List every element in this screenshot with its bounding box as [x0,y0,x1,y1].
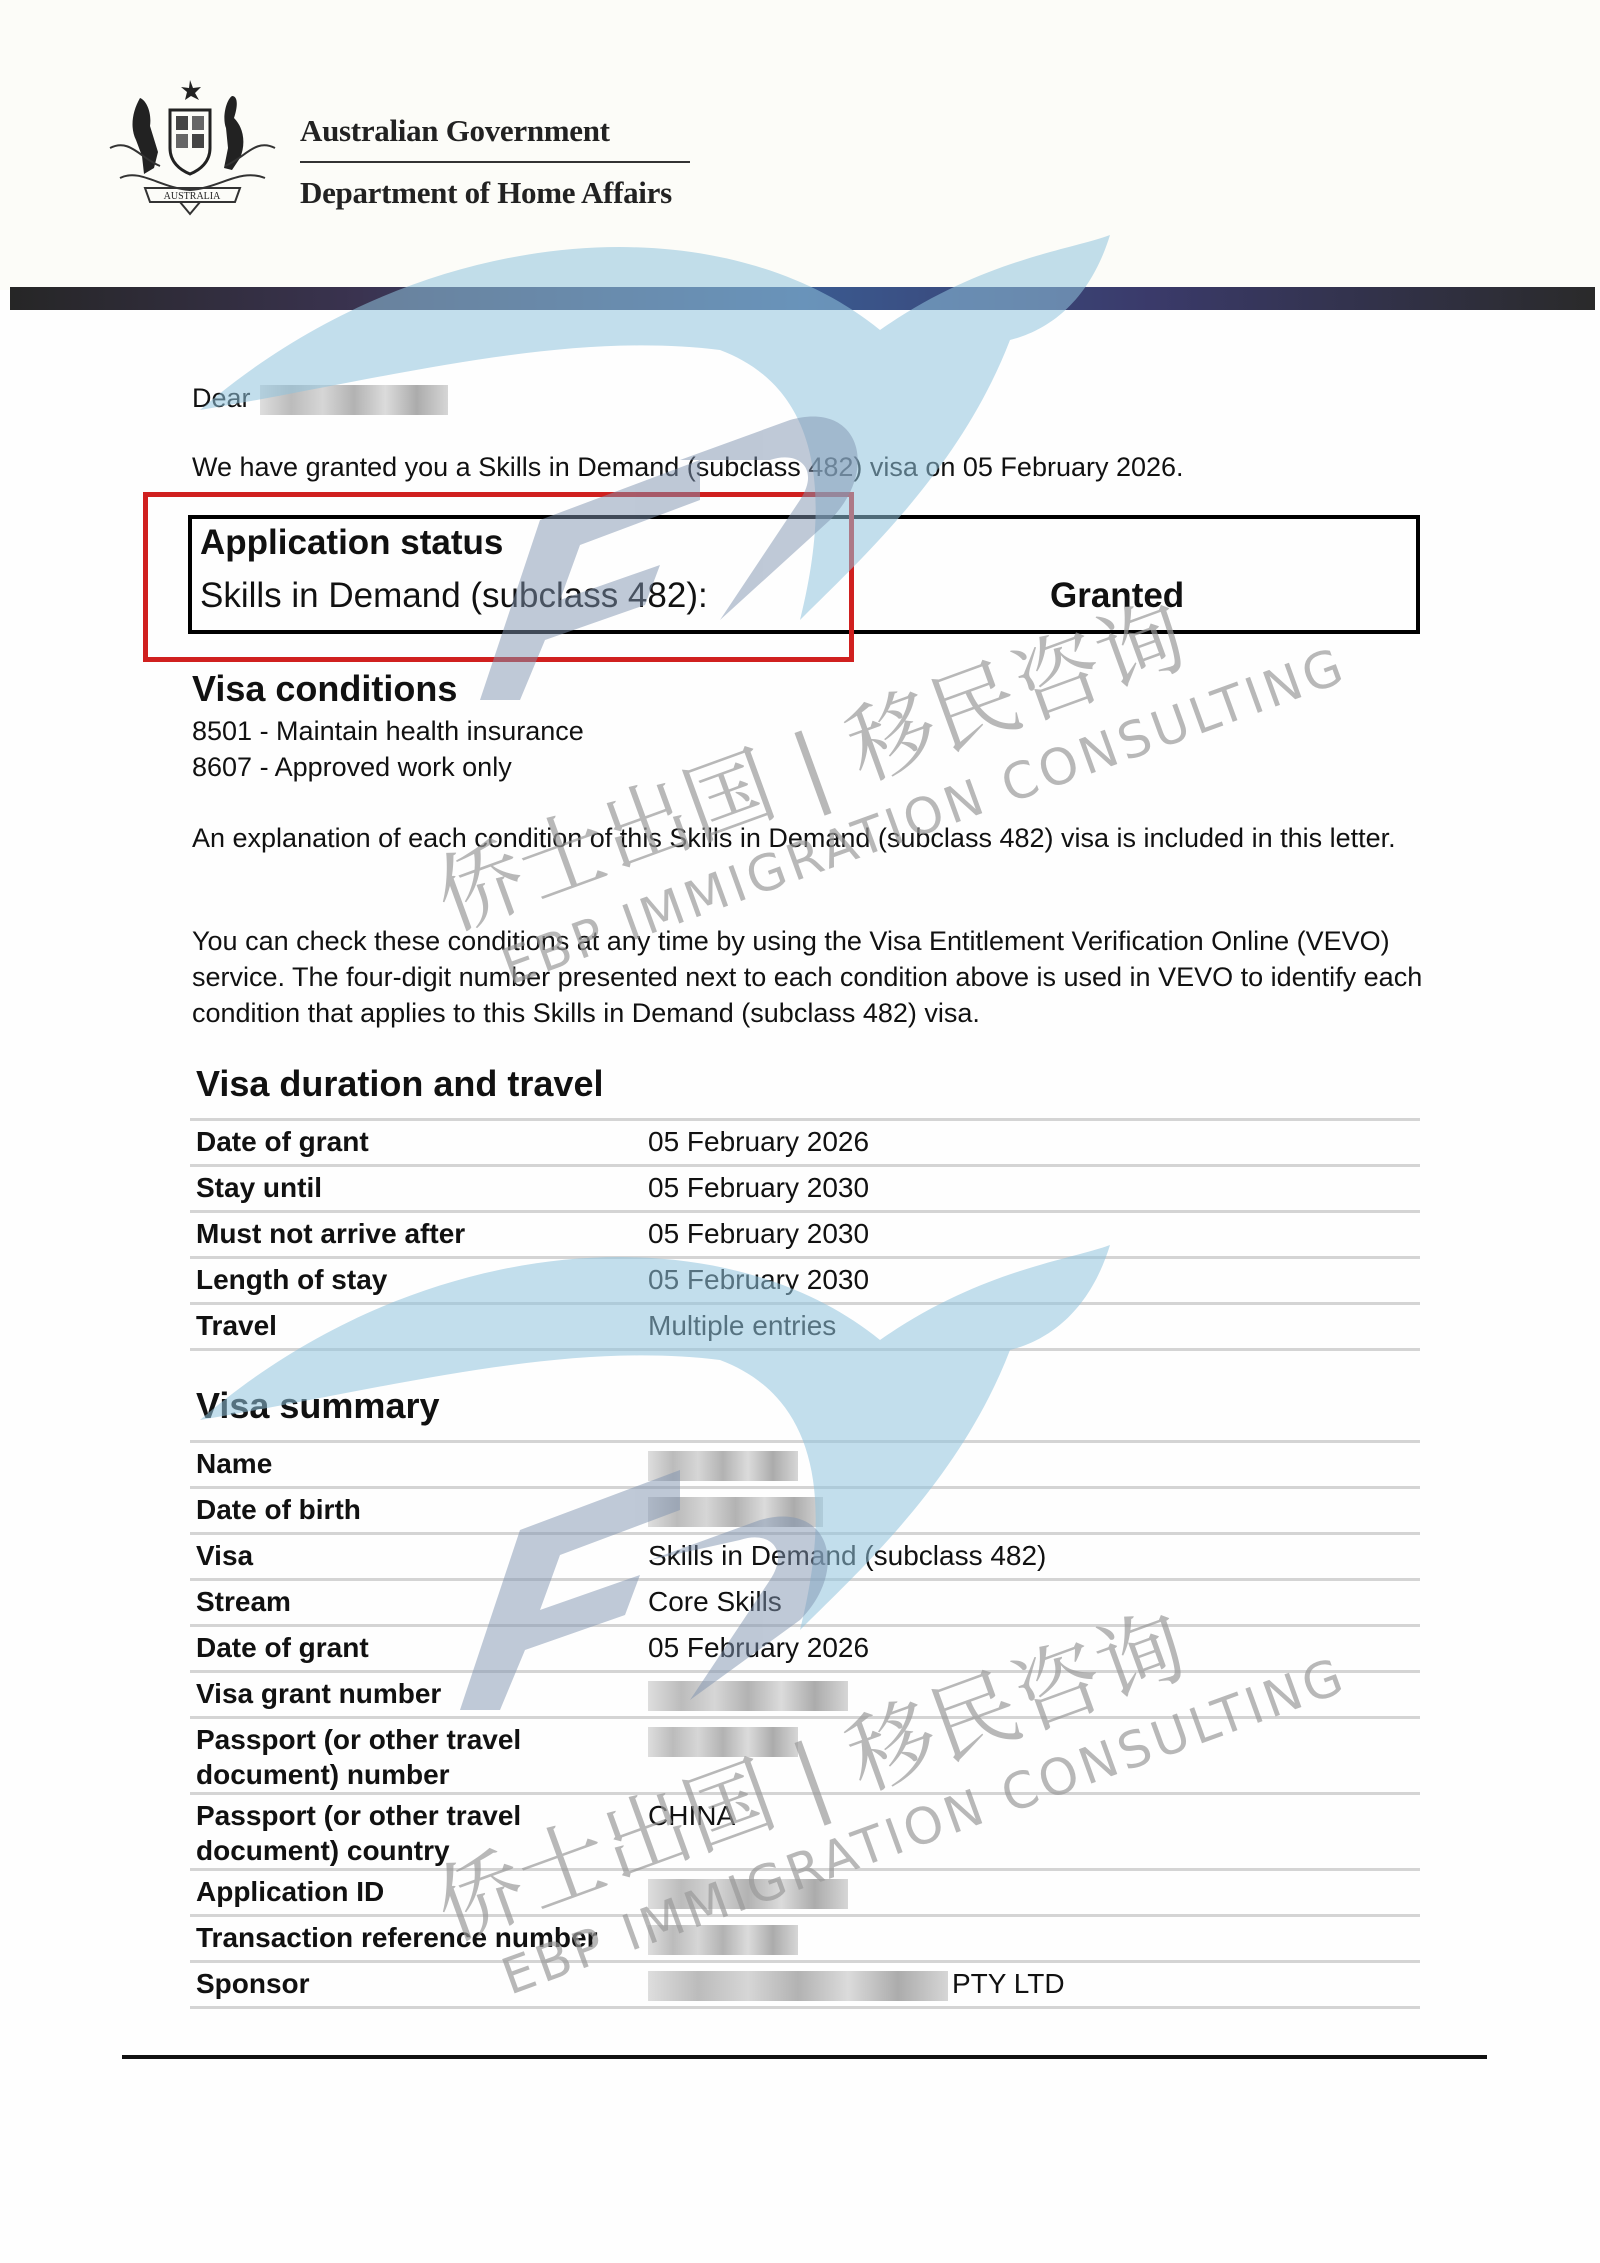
letterhead: AUSTRALIA Australian Government Departme… [0,0,1600,290]
table-row: StreamCore Skills [190,1581,1420,1627]
row-label: Application ID [190,1871,648,1909]
row-label: Transaction reference number [190,1917,648,1955]
application-status-value: Granted [1050,576,1184,616]
svg-text:AUSTRALIA: AUSTRALIA [164,191,221,202]
row-value-text: 05 February 2030 [648,1172,869,1203]
row-value [648,1673,852,1711]
row-value-text: Core Skills [648,1586,782,1617]
conditions-explanation: An explanation of each condition of this… [192,820,1452,856]
visa-conditions-title: Visa conditions [192,668,457,710]
row-label: Sponsor [190,1963,648,2001]
visa-summary-title: Visa summary [196,1385,440,1427]
row-value-text: PTY LTD [952,1968,1065,1999]
row-value [648,1489,827,1527]
footer-divider [122,2055,1487,2059]
letterhead-divider [300,161,690,163]
table-row: VisaSkills in Demand (subclass 482) [190,1535,1420,1581]
row-value: Multiple entries [648,1305,836,1343]
redacted-value [648,1451,798,1481]
row-label: Travel [190,1305,648,1343]
row-label: Passport (or other travel document) numb… [190,1719,648,1792]
vevo-note: You can check these conditions at any ti… [192,923,1452,1031]
row-value: 05 February 2030 [648,1167,869,1205]
row-value: 05 February 2026 [648,1627,869,1665]
table-row: Name [190,1443,1420,1489]
row-value-text: CHINA [648,1800,735,1831]
table-row: Length of stay05 February 2030 [190,1259,1420,1305]
table-row: TravelMultiple entries [190,1305,1420,1351]
table-row: Stay until05 February 2030 [190,1167,1420,1213]
table-row: SponsorPTY LTD [190,1963,1420,2009]
row-label: Visa [190,1535,648,1573]
table-row: Transaction reference number [190,1917,1420,1963]
row-label: Name [190,1443,648,1481]
row-label: Date of birth [190,1489,648,1527]
row-label: Visa grant number [190,1673,648,1711]
redacted-value [648,1497,823,1527]
row-value: Skills in Demand (subclass 482) [648,1535,1046,1573]
row-value [648,1443,802,1481]
redacted-value [648,1971,948,2001]
table-row: Date of birth [190,1489,1420,1535]
row-value: CHINA [648,1795,735,1833]
row-value-text: Skills in Demand (subclass 482) [648,1540,1046,1571]
row-value: 05 February 2030 [648,1259,869,1297]
header-band [10,287,1595,310]
row-value [648,1719,802,1757]
row-value [648,1871,852,1909]
row-value: 05 February 2026 [648,1121,869,1159]
visa-duration-title: Visa duration and travel [196,1063,603,1105]
condition-item: 8607 - Approved work only [192,749,584,785]
highlight-annotation [143,492,854,662]
table-row: Passport (or other travel document) numb… [190,1719,1420,1795]
redacted-recipient-name [260,385,448,415]
visa-duration-table: Date of grant05 February 2026Stay until0… [190,1118,1420,1351]
row-value-text: 05 February 2030 [648,1218,869,1249]
department-name: Department of Home Affairs [300,175,672,211]
table-row: Must not arrive after05 February 2030 [190,1213,1420,1259]
grant-sentence: We have granted you a Skills in Demand (… [192,449,1184,485]
row-label: Date of grant [190,1121,648,1159]
salutation: Dear [192,380,448,416]
visa-summary-table: NameDate of birthVisaSkills in Demand (s… [190,1440,1420,2009]
table-row: Date of grant05 February 2026 [190,1627,1420,1673]
row-value-text: Multiple entries [648,1310,836,1341]
row-value-text: 05 February 2026 [648,1126,869,1157]
redacted-value [648,1879,848,1909]
redacted-value [648,1925,798,1955]
coat-of-arms-icon: AUSTRALIA [100,78,285,216]
visa-conditions-list: 8501 - Maintain health insurance 8607 - … [192,713,584,785]
row-label: Must not arrive after [190,1213,648,1251]
row-value-text: 05 February 2026 [648,1632,869,1663]
redacted-value [648,1727,798,1757]
condition-item: 8501 - Maintain health insurance [192,713,584,749]
table-row: Passport (or other travel document) coun… [190,1795,1420,1871]
table-row: Visa grant number [190,1673,1420,1719]
row-label: Length of stay [190,1259,648,1297]
row-value-text: 05 February 2030 [648,1264,869,1295]
row-label: Stay until [190,1167,648,1205]
row-label: Date of grant [190,1627,648,1665]
row-value [648,1917,802,1955]
government-name: Australian Government [300,113,610,149]
redacted-value [648,1681,848,1711]
table-row: Application ID [190,1871,1420,1917]
row-label: Passport (or other travel document) coun… [190,1795,648,1868]
row-label: Stream [190,1581,648,1619]
table-row: Date of grant05 February 2026 [190,1121,1420,1167]
row-value: 05 February 2030 [648,1213,869,1251]
row-value: PTY LTD [648,1963,1065,2001]
row-value: Core Skills [648,1581,782,1619]
